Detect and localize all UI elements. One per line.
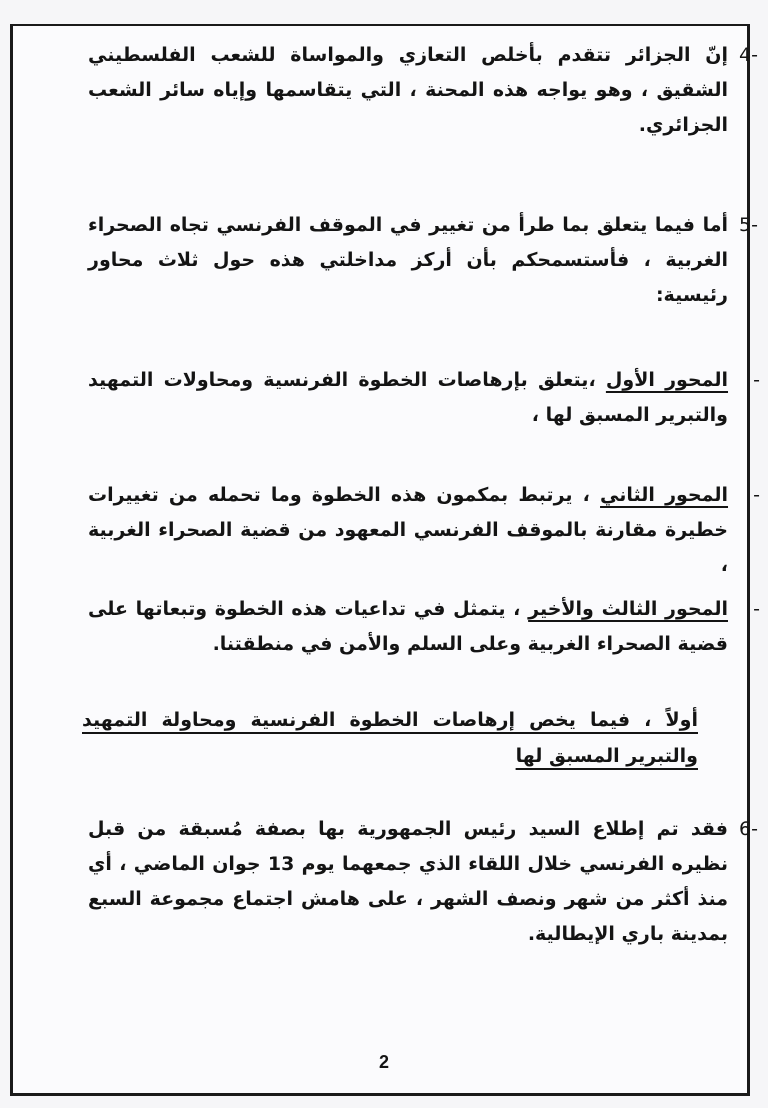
axis-item-1: - المحور الأول ،يتعلق بإرهاصات الخطوة ال… (88, 363, 728, 433)
bullet-dash: - (753, 363, 760, 398)
bullet-dash: - (753, 478, 760, 513)
bullet-dash: - (753, 592, 760, 627)
paragraph-number: 5- (739, 208, 758, 243)
paragraph-text: إنّ الجزائر تتقدم بأخلص التعازي والمواسا… (88, 44, 728, 136)
axis-title: المحور الأول (606, 369, 728, 391)
axis-item-3: - المحور الثالث والأخير ، يتمثل في تداعي… (88, 592, 728, 662)
paragraph-text: فقد تم إطلاع السيد رئيس الجمهورية بها بص… (88, 818, 728, 945)
page-number: 2 (0, 1052, 768, 1073)
paragraph-text: أما فيما يتعلق بما طرأ من تغيير في الموق… (88, 214, 728, 306)
paragraph-number: 4- (739, 38, 758, 73)
paragraph-4: 4- إنّ الجزائر تتقدم بأخلص التعازي والمو… (88, 38, 728, 143)
axis-title: المحور الثاني (600, 484, 728, 506)
axis-title: المحور الثالث والأخير (528, 598, 728, 620)
paragraph-number: 6- (739, 812, 758, 847)
axis-item-2: - المحور الثاني ، يرتبط بمكمون هذه الخطو… (88, 478, 728, 583)
paragraph-5: 5- أما فيما يتعلق بما طرأ من تغيير في ال… (88, 208, 728, 313)
section-heading: أولاً ، فيما يخص إرهاصات الخطوة الفرنسية… (82, 702, 698, 774)
paragraph-6: 6- فقد تم إطلاع السيد رئيس الجمهورية بها… (88, 812, 728, 952)
